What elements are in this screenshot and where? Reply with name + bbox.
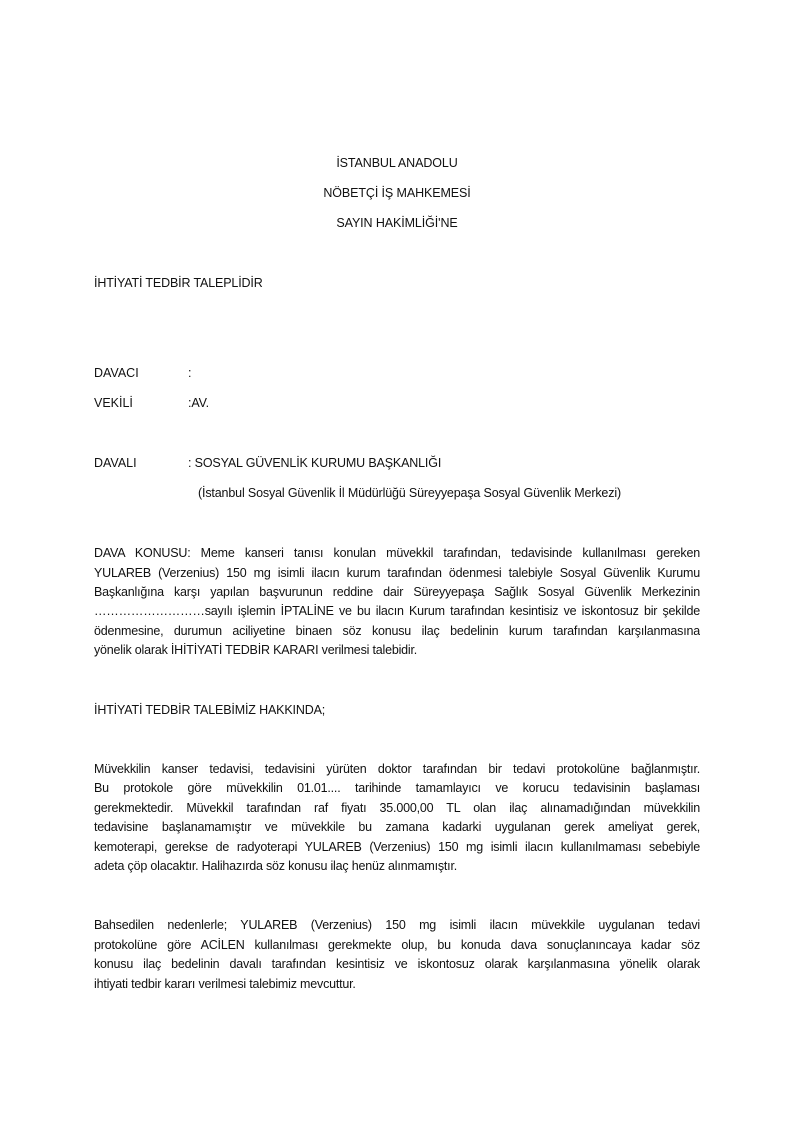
paragraph-line: konusu ilaç bedelinin davalı tarafından …	[94, 957, 700, 973]
paragraph-line: protokolüne göre ACİLEN kullanılması ger…	[94, 938, 700, 954]
request-type-heading: İHTİYATİ TEDBİR TALEPLİDİR	[94, 276, 263, 290]
subject-line: Başkanlığına karşı yapılan başvurunun re…	[94, 585, 700, 601]
section-heading: İHTİYATİ TEDBİR TALEBİMİZ HAKKINDA;	[94, 703, 325, 717]
defendant-label: DAVALI	[94, 456, 184, 470]
court-addressee: SAYIN HAKİMLİĞİ'NE	[0, 216, 794, 230]
paragraph-line: adeta çöp olacaktır. Halihazırda söz kon…	[94, 859, 700, 875]
paragraph-line: Bahsedilen nedenlerle; YULAREB (Verzeniu…	[94, 918, 700, 934]
plaintiff-value: :	[188, 366, 191, 380]
document-page: İSTANBUL ANADOLU NÖBETÇİ İŞ MAHKEMESİ SA…	[0, 0, 794, 1123]
paragraph-line: tedavisine başlanamamıştır ve müvekkile …	[94, 820, 700, 836]
subject-line: YULAREB (Verzenius) 150 mg isimli ilacın…	[94, 566, 700, 582]
paragraph-line: kemoterapi, gerekse de radyoterapi YULAR…	[94, 840, 700, 856]
subject-line: ………………………sayılı işlemin İPTALİNE ve bu i…	[94, 604, 700, 620]
attorney-label: VEKİLİ	[94, 396, 184, 410]
attorney-value: :AV.	[188, 396, 209, 410]
paragraph-line: ihtiyati tedbir kararı verilmesi talebim…	[94, 977, 700, 993]
defendant-value: : SOSYAL GÜVENLİK KURUMU BAŞKANLIĞI	[188, 456, 441, 470]
plaintiff-label: DAVACI	[94, 366, 184, 380]
defendant-sub-unit: (İstanbul Sosyal Güvenlik İl Müdürlüğü S…	[198, 486, 621, 500]
subject-line: ödenmesine, durumun aciliyetine binaen s…	[94, 624, 700, 640]
subject-line: yönelik olarak İHİTİYATİ TEDBİR KARARI v…	[94, 643, 700, 659]
paragraph-line: Bu protokole göre müvekkilin 01.01.... t…	[94, 781, 700, 797]
paragraph-line: gerekmektedir. Müvekkil tarafından raf f…	[94, 801, 700, 817]
paragraph-line: Müvekkilin kanser tedavisi, tedavisini y…	[94, 762, 700, 778]
court-name-line2: NÖBETÇİ İŞ MAHKEMESİ	[0, 186, 794, 200]
subject-line: DAVA KONUSU: Meme kanseri tanısı konulan…	[94, 546, 700, 562]
court-name-line1: İSTANBUL ANADOLU	[0, 156, 794, 170]
